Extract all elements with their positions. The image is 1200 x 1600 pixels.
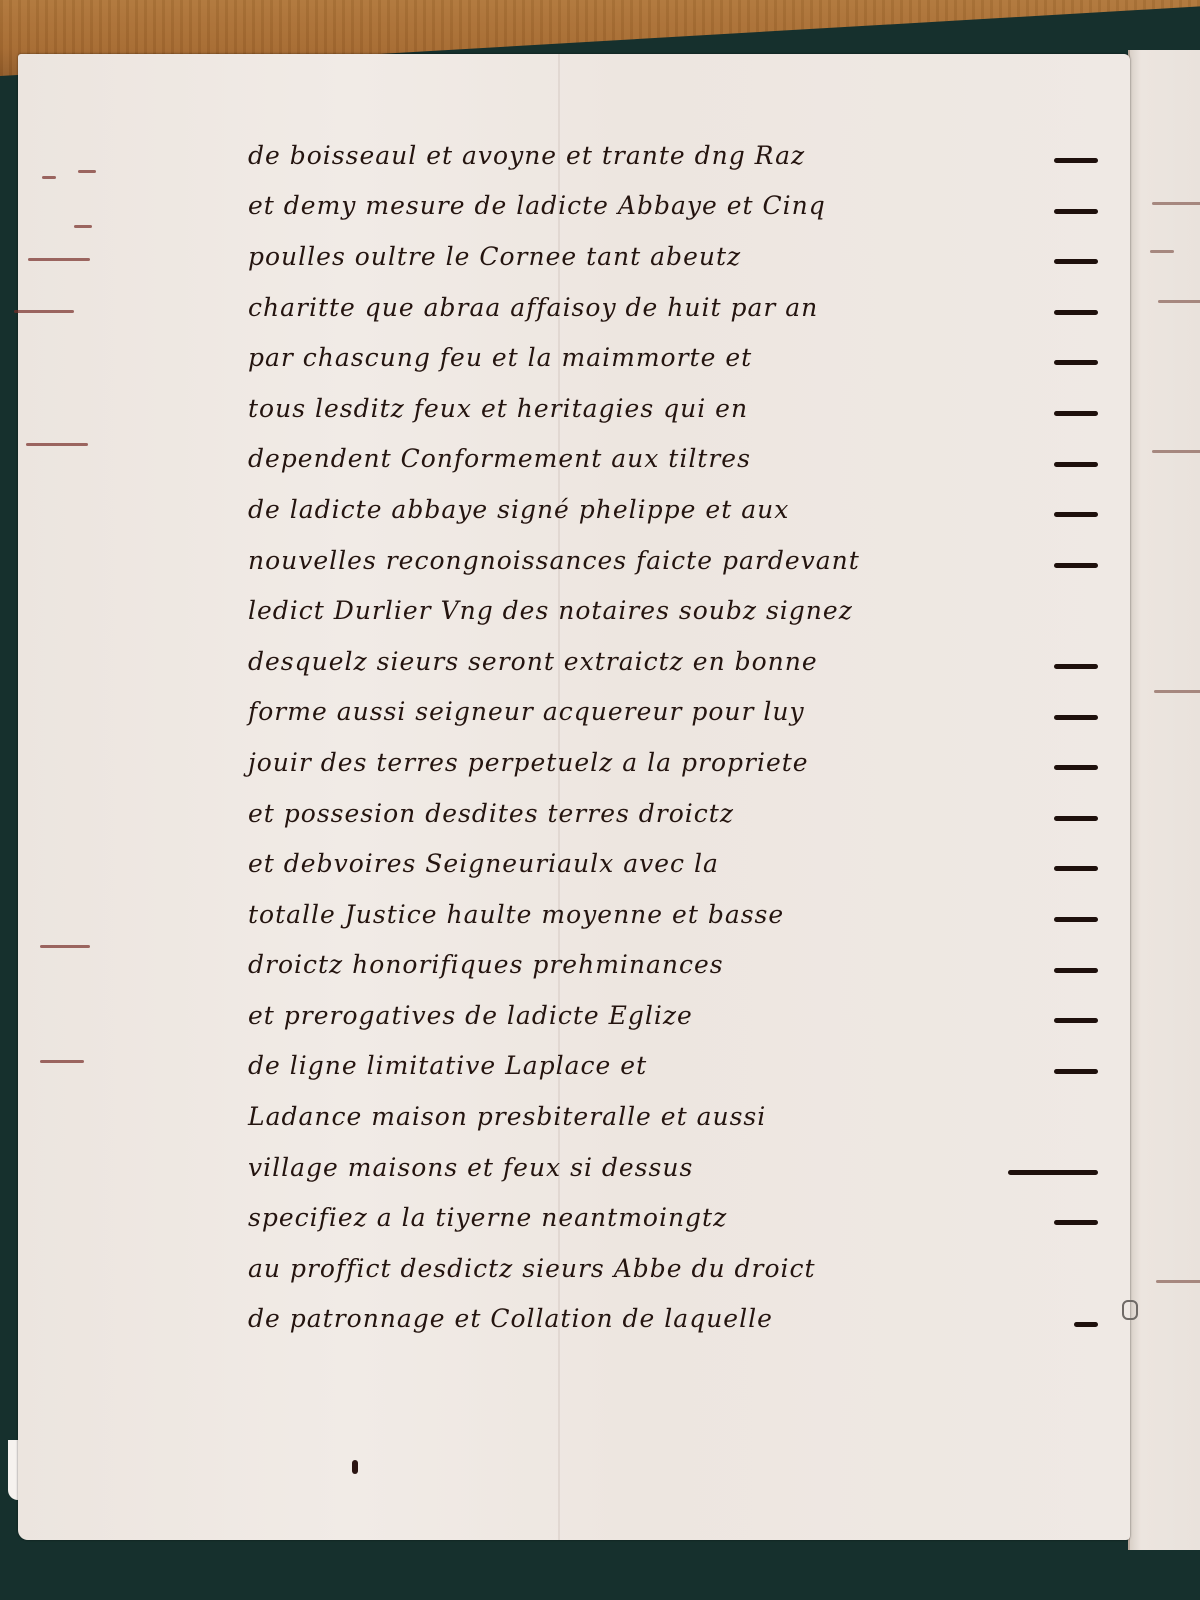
line-text: de patronnage et Collation de laquelle <box>248 1304 773 1333</box>
margin-mark <box>14 310 74 313</box>
bleed-through-mark <box>1158 300 1200 303</box>
text-line: par chascung feu et la maimmorte et <box>248 332 1098 383</box>
line-text: desquelz sieurs seront extraictz en bonn… <box>248 647 818 676</box>
line-text: et prerogatives de ladicte Eglize <box>248 1001 693 1030</box>
bleed-through-mark <box>1152 450 1200 453</box>
margin-mark <box>40 1060 84 1063</box>
line-filler-stroke <box>1008 1170 1098 1175</box>
line-filler-stroke <box>1074 1322 1098 1327</box>
margin-mark <box>26 443 88 446</box>
margin-mark <box>42 176 56 179</box>
line-text: de ligne limitative Laplace et <box>248 1051 647 1080</box>
line-filler-stroke <box>1054 715 1098 720</box>
line-filler-stroke <box>1054 310 1098 315</box>
line-text: charitte que abraa affaisoy de huit par … <box>248 293 818 322</box>
line-filler-stroke <box>1054 1018 1098 1023</box>
line-text: droictz honorifiques prehminances <box>248 950 724 979</box>
text-line: village maisons et feux si dessus <box>248 1142 1098 1193</box>
line-text: forme aussi seigneur acquereur pour luy <box>248 697 805 726</box>
line-text: au proffict desdictz sieurs Abbe du droi… <box>248 1254 816 1283</box>
line-filler-stroke <box>1054 1069 1098 1074</box>
line-text: nouvelles recongnoissances faicte pardev… <box>248 546 860 575</box>
text-line: poulles oultre le Cornee tant abeutz <box>248 231 1098 282</box>
line-filler-stroke <box>1054 866 1098 871</box>
line-filler-stroke <box>1054 917 1098 922</box>
line-text: ledict Durlier Vng des notaires soubz si… <box>248 596 853 625</box>
line-text: poulles oultre le Cornee tant abeutz <box>248 242 741 271</box>
line-text: jouir des terres perpetuelz a la proprie… <box>248 748 809 777</box>
line-text: specifiez a la tiyerne neantmoingtz <box>248 1203 727 1232</box>
binding-clip <box>1122 1300 1138 1320</box>
text-line: et prerogatives de ladicte Eglize <box>248 990 1098 1041</box>
text-line: dependent Conformement aux tiltres <box>248 434 1098 485</box>
line-filler-stroke <box>1054 816 1098 821</box>
bleed-through-mark <box>1152 202 1200 205</box>
line-text: dependent Conformement aux tiltres <box>248 444 751 473</box>
margin-mark <box>74 225 92 228</box>
line-text: et possesion desdites terres droictz <box>248 799 734 828</box>
text-line: jouir des terres perpetuelz a la proprie… <box>248 737 1098 788</box>
text-line: de patronnage et Collation de laquelle <box>248 1294 1098 1345</box>
line-filler-stroke <box>1054 209 1098 214</box>
line-text: totalle Justice haulte moyenne et basse <box>248 900 784 929</box>
text-line: droictz honorifiques prehminances <box>248 940 1098 991</box>
manuscript-text: de boisseaul et avoyne et trante dng Raz… <box>248 130 1098 1344</box>
line-filler-stroke <box>1054 1220 1098 1225</box>
text-line: de boisseaul et avoyne et trante dng Raz <box>248 130 1098 181</box>
text-line: de ligne limitative Laplace et <box>248 1041 1098 1092</box>
text-line: Ladance maison presbiteralle et aussi <box>248 1091 1098 1142</box>
text-line: desquelz sieurs seront extraictz en bonn… <box>248 636 1098 687</box>
line-filler-stroke <box>1054 968 1098 973</box>
bleed-through-mark <box>1150 250 1174 253</box>
text-line: et possesion desdites terres droictz <box>248 788 1098 839</box>
text-line: et debvoires Seigneuriaulx avec la <box>248 838 1098 889</box>
line-text: et debvoires Seigneuriaulx avec la <box>248 849 719 878</box>
margin-mark <box>28 258 90 261</box>
text-line: ledict Durlier Vng des notaires soubz si… <box>248 585 1098 636</box>
text-line: au proffict desdictz sieurs Abbe du droi… <box>248 1243 1098 1294</box>
line-filler-stroke <box>1054 259 1098 264</box>
adjacent-page <box>1128 50 1200 1550</box>
bleed-through-mark <box>1156 1280 1200 1283</box>
ink-stain <box>352 1460 358 1474</box>
line-filler-stroke <box>1054 158 1098 163</box>
text-line: tous lesditz feux et heritagies qui en <box>248 383 1098 434</box>
line-filler-stroke <box>1054 360 1098 365</box>
line-text: tous lesditz feux et heritagies qui en <box>248 394 748 423</box>
line-filler-stroke <box>1054 664 1098 669</box>
margin-mark <box>78 170 96 173</box>
text-line: nouvelles recongnoissances faicte pardev… <box>248 535 1098 586</box>
text-line: totalle Justice haulte moyenne et basse <box>248 889 1098 940</box>
line-text: de ladicte abbaye signé phelippe et aux <box>248 495 789 524</box>
text-line: forme aussi seigneur acquereur pour luy <box>248 687 1098 738</box>
text-line: specifiez a la tiyerne neantmoingtz <box>248 1192 1098 1243</box>
line-text: et demy mesure de ladicte Abbaye et Cinq <box>248 191 826 220</box>
text-line: charitte que abraa affaisoy de huit par … <box>248 282 1098 333</box>
line-filler-stroke <box>1054 411 1098 416</box>
line-text: village maisons et feux si dessus <box>248 1153 693 1182</box>
line-text: Ladance maison presbiteralle et aussi <box>248 1102 766 1131</box>
bleed-through-mark <box>1154 690 1200 693</box>
text-line: de ladicte abbaye signé phelippe et aux <box>248 484 1098 535</box>
margin-mark <box>40 945 90 948</box>
line-text: par chascung feu et la maimmorte et <box>248 343 752 372</box>
line-filler-stroke <box>1054 563 1098 568</box>
line-filler-stroke <box>1054 512 1098 517</box>
line-filler-stroke <box>1054 765 1098 770</box>
line-filler-stroke <box>1054 462 1098 467</box>
text-line: et demy mesure de ladicte Abbaye et Cinq <box>248 181 1098 232</box>
line-text: de boisseaul et avoyne et trante dng Raz <box>248 141 805 170</box>
